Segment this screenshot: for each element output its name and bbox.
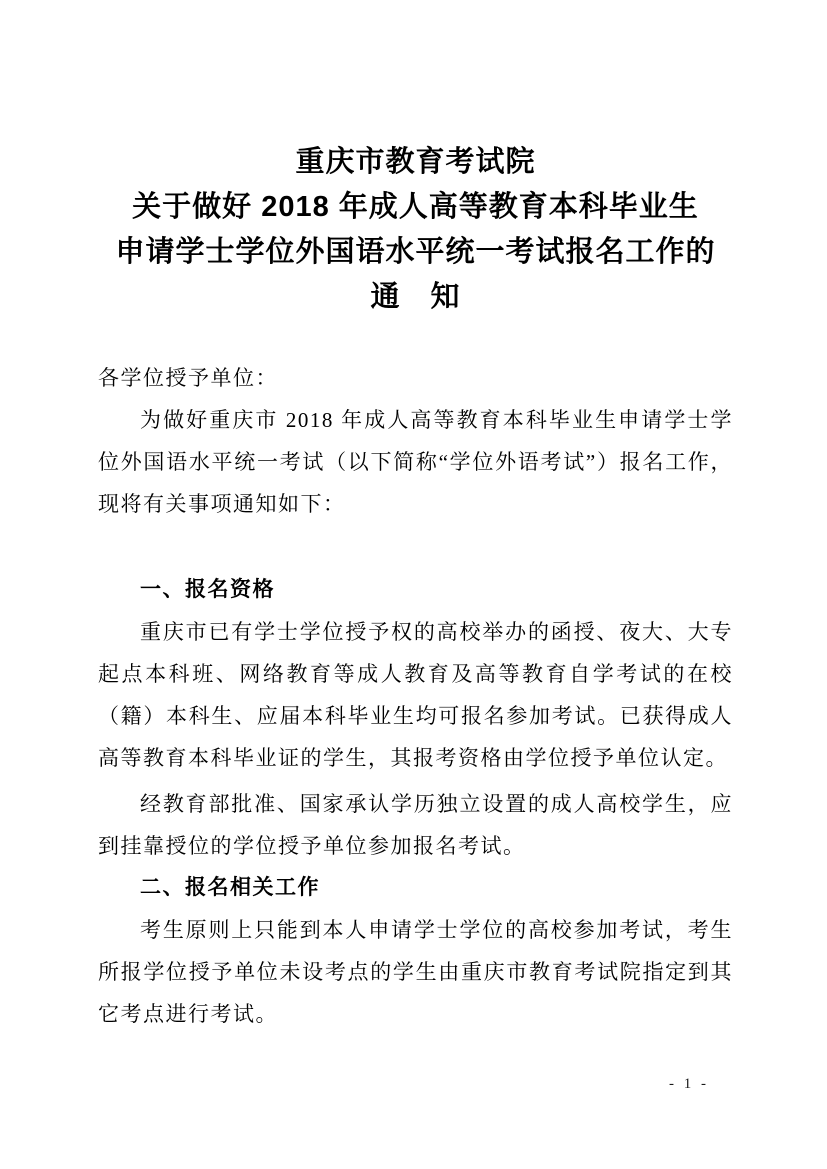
title-line-issuer: 重庆市教育考试院 xyxy=(98,140,733,185)
section-heading-1: 一、报名资格 xyxy=(98,569,733,611)
intro-paragraph: 为做好重庆市 2018 年成人高等教育本科毕业生申请学士学位外国语水平统一考试（… xyxy=(98,399,733,525)
section-registration-eligibility: 一、报名资格 重庆市已有学士学位授予权的高校举办的函授、夜大、大专起点本科班、网… xyxy=(98,569,733,867)
title-line-subject-1: 关于做好 2018 年成人高等教育本科毕业生 xyxy=(98,185,733,230)
section-1-paragraph-2: 经教育部批准、国家承认学历独立设置的成人高校学生，应到挂靠授位的学位授予单位参加… xyxy=(98,783,733,867)
document-title: 重庆市教育考试院 关于做好 2018 年成人高等教育本科毕业生 申请学士学位外国… xyxy=(98,140,733,320)
section-2-paragraph-1: 考生原则上只能到本人申请学士学位的高校参加考试，考生所报学位授予单位未设考点的学… xyxy=(98,909,733,1035)
section-registration-work: 二、报名相关工作 考生原则上只能到本人申请学士学位的高校参加考试，考生所报学位授… xyxy=(98,867,733,1035)
salutation: 各学位授予单位： xyxy=(98,357,733,399)
page-number: - 1 - xyxy=(669,1076,709,1093)
document-content: 重庆市教育考试院 关于做好 2018 年成人高等教育本科毕业生 申请学士学位外国… xyxy=(98,140,733,1035)
section-1-paragraph-1: 重庆市已有学士学位授予权的高校举办的函授、夜大、大专起点本科班、网络教育等成人教… xyxy=(98,611,733,779)
section-heading-2: 二、报名相关工作 xyxy=(98,867,733,909)
title-line-subject-2: 申请学士学位外国语水平统一考试报名工作的 xyxy=(98,230,733,275)
document-page: 重庆市教育考试院 关于做好 2018 年成人高等教育本科毕业生 申请学士学位外国… xyxy=(0,0,827,1169)
title-line-notice: 通 知 xyxy=(98,275,733,320)
